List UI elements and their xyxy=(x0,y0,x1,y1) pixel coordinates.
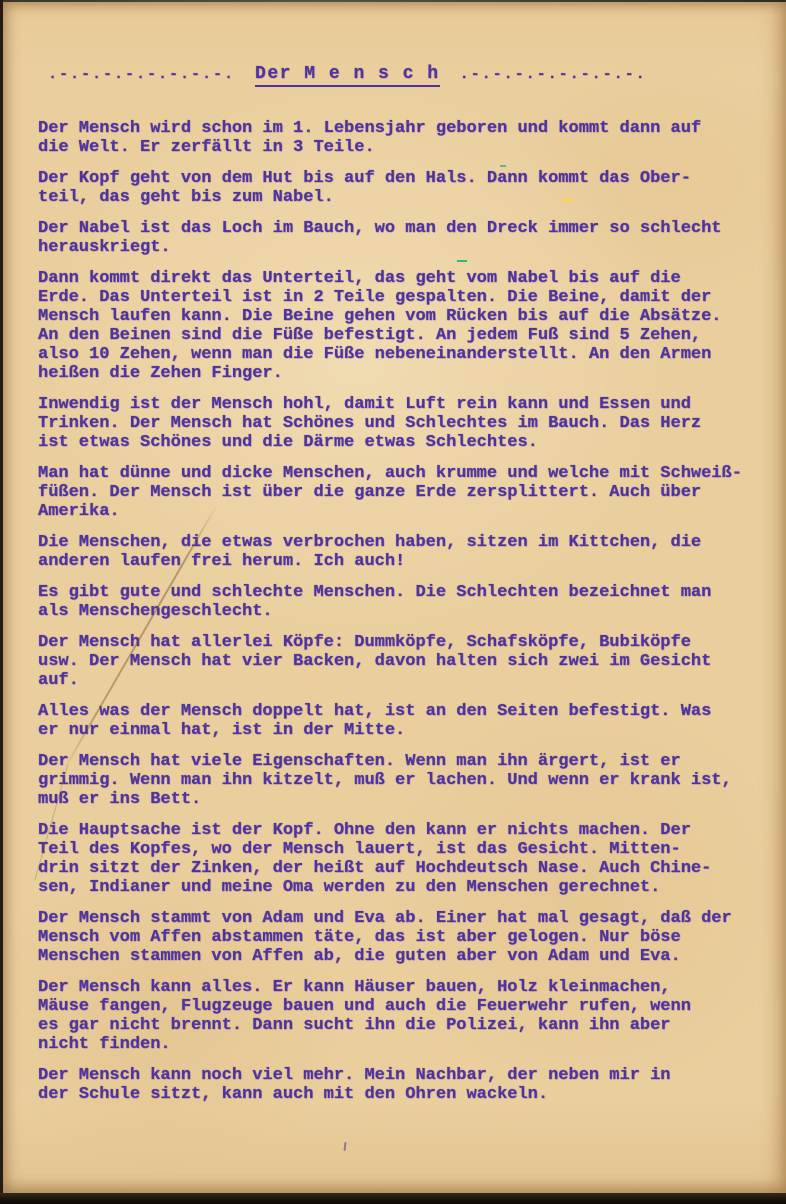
scan-artifact-green xyxy=(500,165,506,167)
scanned-document: .-.-.-.-.-.-.-.-. Der M e n s c h .-.-.-… xyxy=(0,0,786,1204)
paragraph: Der Kopf geht von dem Hut bis auf den Ha… xyxy=(38,169,778,207)
scan-artifact-yellow xyxy=(563,198,574,201)
scan-edge-top xyxy=(0,0,786,2)
paragraph: Inwendig ist der Mensch hohl, damit Luft… xyxy=(38,395,778,452)
paragraph: Die Hauptsache ist der Kopf. Ohne den ka… xyxy=(38,821,778,897)
page-title: Der M e n s c h xyxy=(255,64,440,87)
paragraph: Der Mensch stammt von Adam und Eva ab. E… xyxy=(38,909,778,966)
scan-edge-left xyxy=(0,0,3,1204)
title-decoration-right: .-.-.-.-.-.-.-.-. xyxy=(460,66,647,83)
paragraph: Die Menschen, die etwas verbrochen haben… xyxy=(38,533,778,571)
title-row: .-.-.-.-.-.-.-.-. Der M e n s c h .-.-.-… xyxy=(48,64,778,87)
paragraph: Der Mensch hat allerlei Köpfe: Dummköpfe… xyxy=(38,633,778,690)
scan-artifact-green xyxy=(457,260,467,262)
paragraph: Der Mensch kann noch viel mehr. Mein Nac… xyxy=(38,1066,778,1104)
paragraph: Alles was der Mensch doppelt hat, ist an… xyxy=(38,702,778,740)
paragraph: Der Mensch kann alles. Er kann Häuser ba… xyxy=(38,978,778,1054)
title-decoration-left: .-.-.-.-.-.-.-.-. xyxy=(48,66,235,83)
paragraph: Man hat dünne und dicke Menschen, auch k… xyxy=(38,464,778,521)
stray-ink-mark xyxy=(344,1142,347,1151)
paper-sheet: .-.-.-.-.-.-.-.-. Der M e n s c h .-.-.-… xyxy=(3,2,786,1193)
paragraph: Dann kommt direkt das Unterteil, das geh… xyxy=(38,269,778,383)
document-content: .-.-.-.-.-.-.-.-. Der M e n s c h .-.-.-… xyxy=(38,64,778,1116)
scan-edge-bottom xyxy=(0,1193,786,1204)
paragraph: Der Mensch hat viele Eigenschaften. Wenn… xyxy=(38,752,778,809)
paragraph: Der Mensch wird schon im 1. Lebensjahr g… xyxy=(38,119,778,157)
paragraph: Der Nabel ist das Loch im Bauch, wo man … xyxy=(38,219,778,257)
paragraph: Es gibt gute und schlechte Menschen. Die… xyxy=(38,583,778,621)
